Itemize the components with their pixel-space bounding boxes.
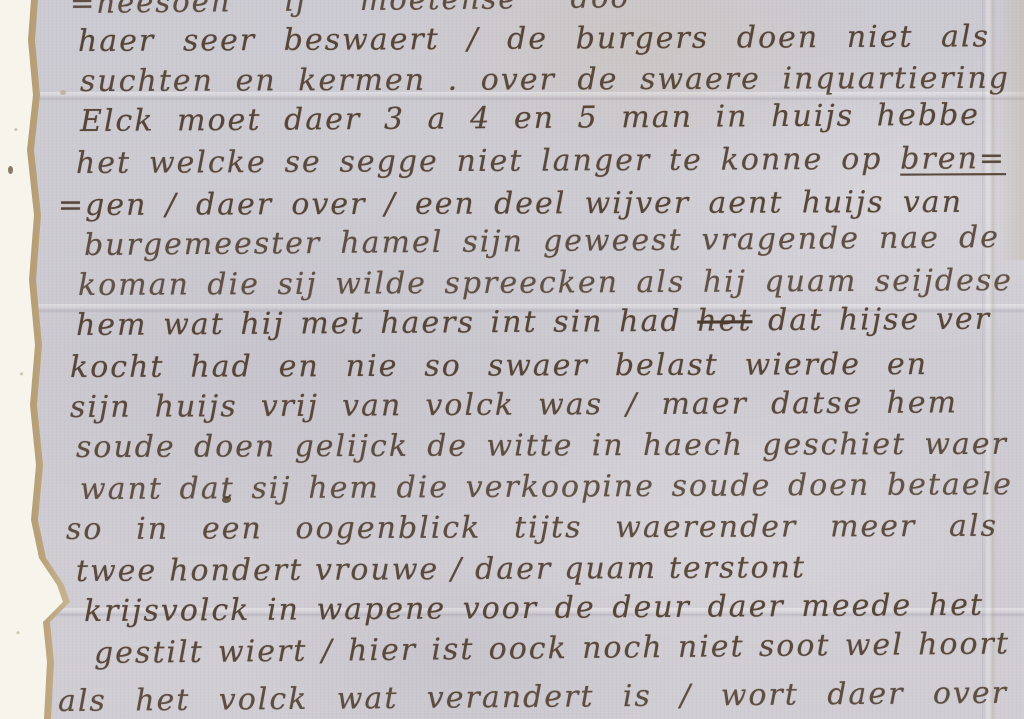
line-text: hem wat hij met haers int sin had xyxy=(76,304,698,343)
handwritten-line: het welcke se segge niet langer te konne… xyxy=(76,141,1006,181)
line-text: Elck moet daer 3 a 4 en 5 man in huijs h… xyxy=(80,98,980,139)
handwritten-line: twee hondert vrouwe / daer quam terstont xyxy=(76,550,806,589)
handwritten-line: suchten en kermen . over de swaere inqua… xyxy=(80,61,1010,99)
handwritten-line: Elck moet daer 3 a 4 en 5 man in huijs h… xyxy=(80,98,980,139)
line-text: sijn huijs vrij van volck was / maer dat… xyxy=(70,385,958,425)
handwritten-line: want dat sij hem die verkoopine soude do… xyxy=(80,467,1013,507)
handwritten-line: sijn huijs vrij van volck was / maer dat… xyxy=(70,385,958,425)
line-text: haer seer beswaert / de burgers doen nie… xyxy=(78,19,990,59)
handwritten-line: hem wat hij met haers int sin had het da… xyxy=(76,302,991,343)
line-text: twee hondert vrouwe / daer quam terstont xyxy=(76,550,806,589)
line-text: kocht had en nie so swaer belast wierde … xyxy=(70,347,928,385)
line-text: burgemeester hamel sijn geweest vragende… xyxy=(84,220,1000,263)
handwritten-line: soude doen gelijck de witte in haech ges… xyxy=(76,427,1008,465)
line-text: dat hijse ver xyxy=(752,302,991,339)
handwritten-line: kocht had en nie so swaer belast wierde … xyxy=(70,347,928,385)
handwritten-line: koman die sij wilde spreecken als hij qu… xyxy=(78,263,1013,303)
line-text: koman die sij wilde spreecken als hij qu… xyxy=(78,263,1013,303)
line-text: krijsvolck in wapene voor de deur daer m… xyxy=(84,588,984,629)
line-text: so in een oogenblick tijts waerender mee… xyxy=(66,509,998,547)
handwritten-line: so in een oogenblick tijts waerender mee… xyxy=(66,509,998,547)
handwritten-line: als het volck wat verandert is / wort da… xyxy=(58,676,1008,719)
handwritten-line: =neesoen ij moetense doo xyxy=(70,0,630,20)
line-text: het welcke se segge niet langer te konne… xyxy=(76,142,900,181)
hyphenation-underline: bren= xyxy=(900,141,1006,177)
handwritten-line: burgemeester hamel sijn geweest vragende… xyxy=(84,220,1000,263)
struck-word: het xyxy=(697,303,752,338)
handwritten-line: krijsvolck in wapene voor de deur daer m… xyxy=(84,588,984,629)
line-text: als het volck wat verandert is / wort da… xyxy=(58,676,1008,719)
line-text: want dat sij hem die verkoopine soude do… xyxy=(80,467,1013,507)
manuscript-text: =neesoen ij moetense doohaer seer beswae… xyxy=(0,0,1024,719)
line-text: =neesoen ij moetense doo xyxy=(70,0,630,20)
handwritten-line: haer seer beswaert / de burgers doen nie… xyxy=(78,19,990,59)
line-text: suchten en kermen . over de swaere inqua… xyxy=(80,61,1010,99)
scanned-letter-page: =neesoen ij moetense doohaer seer beswae… xyxy=(0,0,1024,719)
handwritten-line: =gen / daer over / een deel wijver aent … xyxy=(58,185,963,223)
line-text: =gen / daer over / een deel wijver aent … xyxy=(58,185,963,223)
line-text: gestilt wiert / hier ist oock noch niet … xyxy=(94,626,1010,671)
line-text: soude doen gelijck de witte in haech ges… xyxy=(76,427,1008,465)
handwritten-line: gestilt wiert / hier ist oock noch niet … xyxy=(94,626,1010,671)
